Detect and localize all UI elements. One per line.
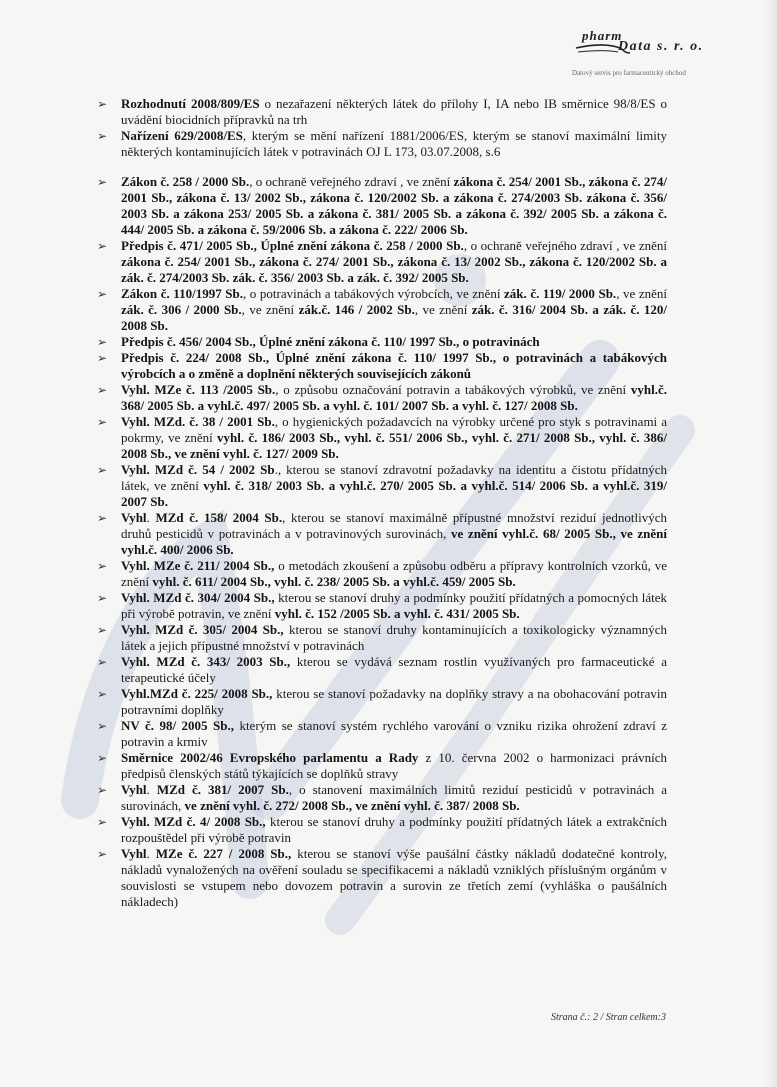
arrow-bullet-icon: ➢ — [97, 238, 107, 254]
legislation-reference: Vyhl. MZe č. 211/ 2004 Sb., — [121, 558, 274, 573]
legislation-item: ➢Vyhl. MZd č. 4/ 2008 Sb., kterou se sta… — [97, 814, 667, 846]
legislation-item: ➢Vyhl. MZd. č. 38 / 2001 Sb., o hygienic… — [97, 414, 667, 462]
legislation-reference: zák. č. 306 / 2000 Sb. — [121, 302, 242, 317]
legislation-reference: MZd č. 381/ 2007 Sb. — [157, 782, 289, 797]
legislation-reference: ve znění vyhl. č. 272/ 2008 Sb., ve zněn… — [185, 798, 520, 813]
legislation-reference: Vyhl. MZd č. 54 / 2002 Sb — [121, 462, 275, 477]
legislation-item: ➢Vyhl. MZe č. 211/ 2004 Sb., o metodách … — [97, 558, 667, 590]
legislation-reference: Vyhl. MZd. č. 38 / 2001 Sb. — [121, 414, 275, 429]
arrow-bullet-icon: ➢ — [97, 814, 107, 830]
legislation-reference: Vyhl.MZd č. 225/ 2008 Sb., — [121, 686, 272, 701]
legislation-reference: Směrnice 2002/46 Evropského parlamentu a… — [121, 750, 418, 765]
legislation-reference: NV č. 98/ 2005 Sb., — [121, 718, 234, 733]
legislation-reference: Vyhl — [121, 846, 147, 861]
legislation-reference: Vyhl. MZd č. 304/ 2004 Sb., — [121, 590, 275, 605]
legislation-item: ➢NV č. 98/ 2005 Sb., kterým se stanoví s… — [97, 718, 667, 750]
scan-edge-shadow — [765, 0, 777, 1087]
legislation-reference: Rozhodnutí 2008/809/ES — [121, 96, 260, 111]
legislation-item: ➢Vyhl. MZe č. 113 /2005 Sb., o způsobu o… — [97, 382, 667, 414]
legislation-description: . — [147, 782, 157, 797]
legislation-description: , ve znění — [616, 286, 667, 301]
arrow-bullet-icon: ➢ — [97, 750, 107, 766]
legislation-item: ➢Vyhl. MZe č. 227 / 2008 Sb., kterou se … — [97, 846, 667, 910]
legislation-description: . — [147, 846, 156, 861]
arrow-bullet-icon: ➢ — [97, 128, 107, 144]
legislation-reference: Nařízení 629/2008/ES — [121, 128, 243, 143]
list-spacer — [97, 160, 667, 174]
arrow-bullet-icon: ➢ — [97, 622, 107, 638]
document-page: pharm Data s. r. o. Datový servis pro fa… — [0, 0, 777, 1087]
legislation-reference: zákona č. 254/ 2001 Sb., zákona č. 274/ … — [121, 254, 667, 285]
legislation-reference: Předpis č. 456/ 2004 Sb., Úplné znění zá… — [121, 334, 540, 349]
arrow-bullet-icon: ➢ — [97, 590, 107, 606]
arrow-bullet-icon: ➢ — [97, 782, 107, 798]
arrow-bullet-icon: ➢ — [97, 558, 107, 574]
legislation-reference: vyhl. č. 318/ 2003 Sb. a vyhl.č. 270/ 20… — [121, 478, 667, 509]
arrow-bullet-icon: ➢ — [97, 174, 107, 190]
arrow-bullet-icon: ➢ — [97, 654, 107, 670]
legislation-description: , o způsobu označování potravin a tabáko… — [275, 382, 631, 397]
legislation-reference: Vyhl. MZd č. 4/ 2008 Sb., — [121, 814, 266, 829]
logo-tagline: Datový servis pro farmaceutický obchod — [572, 69, 686, 77]
arrow-bullet-icon: ➢ — [97, 382, 107, 398]
logo-company-name: Data s. r. o. — [618, 39, 704, 55]
arrow-bullet-icon: ➢ — [97, 462, 107, 478]
legislation-item: ➢Vyhl. MZd č. 343/ 2003 Sb., kterou se v… — [97, 654, 667, 686]
legislation-item: ➢Vyhl.MZd č. 225/ 2008 Sb., kterou se st… — [97, 686, 667, 718]
legislation-reference: Předpis č. 471/ 2005 Sb., Úplné znění zá… — [121, 238, 464, 253]
legislation-reference: Zákon č. 110/1997 Sb. — [121, 286, 243, 301]
legislation-item: ➢Vyhl. MZd č. 304/ 2004 Sb., kterou se s… — [97, 590, 667, 622]
legislation-list: ➢Rozhodnutí 2008/809/ES o nezařazení něk… — [97, 96, 667, 910]
arrow-bullet-icon: ➢ — [97, 350, 107, 366]
legislation-description: , ve znění — [415, 302, 472, 317]
arrow-bullet-icon: ➢ — [97, 414, 107, 430]
legislation-item: ➢Předpis č. 224/ 2008 Sb., Úplné znění z… — [97, 350, 667, 382]
legislation-item: ➢Vyhl. MZd č. 305/ 2004 Sb., kterou se s… — [97, 622, 667, 654]
arrow-bullet-icon: ➢ — [97, 510, 107, 526]
arrow-bullet-icon: ➢ — [97, 718, 107, 734]
arrow-bullet-icon: ➢ — [97, 334, 107, 350]
legislation-reference: Zákon č. 258 / 2000 Sb. — [121, 174, 249, 189]
legislation-reference: Vyhl. MZd č. 343/ 2003 Sb., — [121, 654, 290, 669]
legislation-reference: Předpis č. 224/ 2008 Sb., Úplné znění zá… — [121, 350, 667, 381]
legislation-description: , ve znění — [242, 302, 299, 317]
legislation-item: ➢Zákon č. 110/1997 Sb., o potravinách a … — [97, 286, 667, 334]
legislation-item: ➢Vyhl. MZd č. 381/ 2007 Sb., o stanovení… — [97, 782, 667, 814]
arrow-bullet-icon: ➢ — [97, 686, 107, 702]
legislation-description: , o potravinách a tabákových výrobcích, … — [243, 286, 504, 301]
arrow-bullet-icon: ➢ — [97, 96, 107, 112]
legislation-reference: vyhl. č. 152 /2005 Sb. a vyhl. č. 431/ 2… — [275, 606, 520, 621]
company-logo: pharm Data s. r. o. Datový servis pro fa… — [560, 26, 720, 82]
legislation-reference: zák.č. 146 / 2002 Sb. — [299, 302, 415, 317]
arrow-bullet-icon: ➢ — [97, 286, 107, 302]
legislation-item: ➢Předpis č. 471/ 2005 Sb., Úplné znění z… — [97, 238, 667, 286]
legislation-reference: MZd č. 158/ 2004 Sb. — [155, 510, 282, 525]
legislation-item: ➢Vyhl. MZd č. 158/ 2004 Sb., kterou se s… — [97, 510, 667, 558]
legislation-description: , o ochraně veřejného zdraví , ve znění — [464, 238, 667, 253]
legislation-reference: vyhl. č. 611/ 2004 Sb., vyhl. č. 238/ 20… — [152, 574, 515, 589]
legislation-item: ➢Směrnice 2002/46 Evropského parlamentu … — [97, 750, 667, 782]
legislation-reference: MZe č. 227 / 2008 Sb., — [156, 846, 292, 861]
legislation-reference: zák. č. 119/ 2000 Sb. — [504, 286, 616, 301]
legislation-reference: Vyhl — [121, 510, 147, 525]
legislation-item: ➢Rozhodnutí 2008/809/ES o nezařazení něk… — [97, 96, 667, 128]
legislation-item: ➢Předpis č. 456/ 2004 Sb., Úplné znění z… — [97, 334, 667, 350]
page-number: Strana č.: 2 / Stran celkem:3 — [551, 1012, 666, 1023]
legislation-reference: Vyhl. MZe č. 113 /2005 Sb. — [121, 382, 275, 397]
arrow-bullet-icon: ➢ — [97, 846, 107, 862]
legislation-reference: Vyhl — [121, 782, 147, 797]
legislation-description: , o ochraně veřejného zdraví , ve znění — [249, 174, 453, 189]
legislation-reference: Vyhl. MZd č. 305/ 2004 Sb., — [121, 622, 284, 637]
legislation-item: ➢Vyhl. MZd č. 54 / 2002 Sb., kterou se s… — [97, 462, 667, 510]
legislation-item: ➢Zákon č. 258 / 2000 Sb., o ochraně veře… — [97, 174, 667, 238]
legislation-item: ➢Nařízení 629/2008/ES, kterým se mění na… — [97, 128, 667, 160]
